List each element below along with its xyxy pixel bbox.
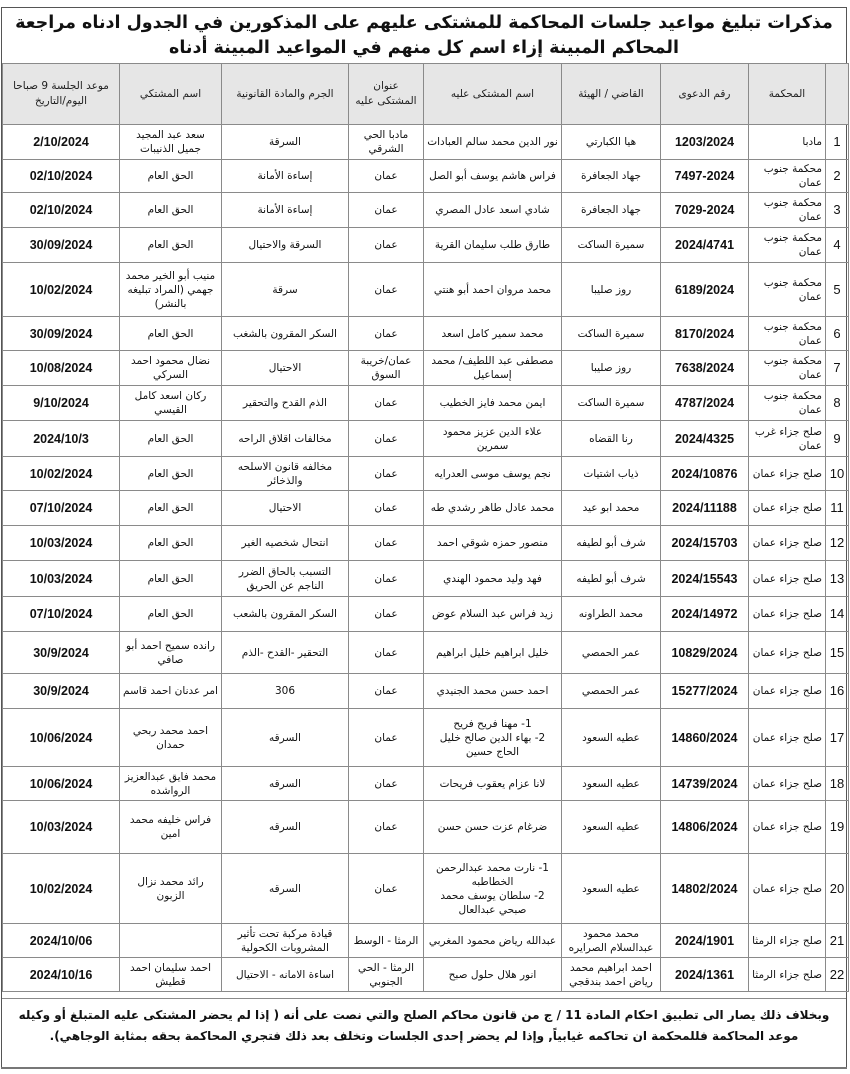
cell-case-number: 15277/2024: [661, 674, 749, 709]
cell-defendant-name: نجم يوسف موسى العدرايه: [424, 457, 562, 491]
cell-court: صلح جزاء غرب عمان: [749, 421, 826, 457]
cell-session-date: 30/09/2024: [3, 228, 120, 263]
row-index: 14: [826, 597, 849, 632]
cell-complainant-name: الحق العام: [120, 457, 222, 491]
cell-judge: عطيه السعود: [562, 854, 661, 924]
cell-case-number: 2024/1361: [661, 958, 749, 992]
cell-court: مادبا: [749, 125, 826, 160]
cell-court: محكمة جنوب عمان: [749, 351, 826, 386]
row-index: 9: [826, 421, 849, 457]
cell-judge: عطيه السعود: [562, 767, 661, 801]
cell-complainant-name: فراس خليفه محمد امين: [120, 801, 222, 854]
cell-case-number: 1203/2024: [661, 125, 749, 160]
cell-defendant-address: عمان: [349, 674, 424, 709]
cell-defendant-address: عمان: [349, 597, 424, 632]
cell-crime-article: إساءة الأمانة: [222, 193, 349, 228]
row-index: 12: [826, 526, 849, 561]
cell-session-date: 10/06/2024: [3, 767, 120, 801]
cell-defendant-name: منصور حمزه شوقي احمد: [424, 526, 562, 561]
header-defendant-address: عنوان المشتكى عليه: [349, 64, 424, 125]
cell-session-date: 2024/10/16: [3, 958, 120, 992]
cell-defendant-address: عمان: [349, 228, 424, 263]
cell-defendant-address: عمان/خريبة السوق: [349, 351, 424, 386]
cell-defendant-address: عمان: [349, 421, 424, 457]
cell-defendant-address: عمان: [349, 854, 424, 924]
cell-defendant-name: علاء الدين عزيز محمود سمرين: [424, 421, 562, 457]
cell-case-number: 14739/2024: [661, 767, 749, 801]
cell-court: صلح جزاء عمان: [749, 767, 826, 801]
table-row: 12صلح جزاء عمان2024/15703شرف أبو لطيفهمن…: [3, 526, 849, 561]
cell-defendant-address: عمان: [349, 526, 424, 561]
row-index: 21: [826, 924, 849, 958]
cell-defendant-address: الرمثا - الوسط: [349, 924, 424, 958]
cell-session-date: 07/10/2024: [3, 597, 120, 632]
cell-session-date: 10/02/2024: [3, 263, 120, 317]
page-title: مذكرات تبليغ مواعيد جلسات المحاكمة للمشت…: [2, 8, 846, 63]
cell-case-number: 2024/15543: [661, 561, 749, 597]
cell-complainant-name: نضال محمود احمد السركي: [120, 351, 222, 386]
cell-defendant-name: انور هلال حلول صبح: [424, 958, 562, 992]
cell-defendant-address: مادبا الحي الشرقي: [349, 125, 424, 160]
cell-session-date: 07/10/2024: [3, 491, 120, 526]
table-row: 19صلح جزاء عمان14806/2024عطيه السعودضرغا…: [3, 801, 849, 854]
cell-court: صلح جزاء عمان: [749, 854, 826, 924]
cell-judge: عمر الحمصي: [562, 632, 661, 674]
cell-court: صلح جزاء عمان: [749, 674, 826, 709]
cell-defendant-name: شادي اسعد عادل المصري: [424, 193, 562, 228]
cell-complainant-name: الحق العام: [120, 160, 222, 193]
cell-complainant-name: الحق العام: [120, 317, 222, 351]
cell-judge: احمد ابراهيم محمد رياض احمد بندقجي: [562, 958, 661, 992]
cell-defendant-name: فراس هاشم يوسف أبو الصل: [424, 160, 562, 193]
cell-case-number: 2024/10876: [661, 457, 749, 491]
cell-case-number: 4787/2024: [661, 386, 749, 421]
row-index: 1: [826, 125, 849, 160]
row-index: 18: [826, 767, 849, 801]
table-row: 10صلح جزاء عمان2024/10876ذياب اشتياتنجم …: [3, 457, 849, 491]
cell-complainant-name: الحق العام: [120, 597, 222, 632]
cell-session-date: 9/10/2024: [3, 386, 120, 421]
table-row: 5محكمة جنوب عمان6189/2024روز صليبامحمد م…: [3, 263, 849, 317]
row-index: 10: [826, 457, 849, 491]
cell-defendant-name: 1- مهنا فريح فريح 2- بهاء الدين صالح خلي…: [424, 709, 562, 767]
row-index: 4: [826, 228, 849, 263]
cell-defendant-name: محمد عادل طاهر رشدي طه: [424, 491, 562, 526]
cell-case-number: 2024/11188: [661, 491, 749, 526]
row-index: 6: [826, 317, 849, 351]
header-index: [826, 64, 849, 125]
cell-complainant-name: الحق العام: [120, 561, 222, 597]
table-row: 21صلح جزاء الرمثا2024/1901محمد محمود عبد…: [3, 924, 849, 958]
cell-complainant-name: الحق العام: [120, 193, 222, 228]
cell-crime-article: السرقه: [222, 709, 349, 767]
cell-defendant-name: محمد سمير كامل اسعد: [424, 317, 562, 351]
cell-complainant-name: محمد فايق عبدالعزيز الرواشده: [120, 767, 222, 801]
cell-defendant-name: ضرغام عزت حسن حسن: [424, 801, 562, 854]
cell-case-number: 7638/2024: [661, 351, 749, 386]
row-index: 16: [826, 674, 849, 709]
cell-session-date: 10/02/2024: [3, 854, 120, 924]
cell-case-number: 7497-2024: [661, 160, 749, 193]
cell-crime-article: الاحتيال: [222, 491, 349, 526]
cell-complainant-name: الحق العام: [120, 526, 222, 561]
table-row: 4محكمة جنوب عمان2024/4741سميرة الساكتطار…: [3, 228, 849, 263]
cell-defendant-name: طارق طلب سليمان القرية: [424, 228, 562, 263]
cell-case-number: 2024/1901: [661, 924, 749, 958]
table-row: 15صلح جزاء عمان10829/2024عمر الحمصيخليل …: [3, 632, 849, 674]
cell-case-number: 14806/2024: [661, 801, 749, 854]
cell-court: محكمة جنوب عمان: [749, 193, 826, 228]
cell-case-number: 2024/14972: [661, 597, 749, 632]
cell-complainant-name: منيب أبو الخير محمد جهمي (المراد تبليغه …: [120, 263, 222, 317]
cell-session-date: 10/03/2024: [3, 801, 120, 854]
cell-session-date: 2024/10/3: [3, 421, 120, 457]
cell-court: محكمة جنوب عمان: [749, 317, 826, 351]
cell-complainant-name: رائد محمد نزال الزبون: [120, 854, 222, 924]
legal-notice: وبخلاف ذلك يصار الى تطبيق احكام المادة 1…: [2, 998, 846, 1058]
cell-court: صلح جزاء عمان: [749, 632, 826, 674]
cell-complainant-name: الحق العام: [120, 421, 222, 457]
cell-crime-article: السرقه: [222, 854, 349, 924]
cell-judge: رنا القضاه: [562, 421, 661, 457]
table-row: 2محكمة جنوب عمان7497-2024جهاد الجعافرةفر…: [3, 160, 849, 193]
cell-session-date: 10/02/2024: [3, 457, 120, 491]
cell-defendant-address: عمان: [349, 386, 424, 421]
cell-defendant-address: عمان: [349, 767, 424, 801]
cell-session-date: 30/09/2024: [3, 317, 120, 351]
cell-session-date: 02/10/2024: [3, 160, 120, 193]
cell-complainant-name: احمد سليمان احمد قطيش: [120, 958, 222, 992]
cell-judge: محمد ابو عيد: [562, 491, 661, 526]
cell-court: صلح جزاء عمان: [749, 561, 826, 597]
table-row: 8محكمة جنوب عمان4787/2024سميرة الساكتايم…: [3, 386, 849, 421]
cell-court: محكمة جنوب عمان: [749, 228, 826, 263]
cell-defendant-address: عمان: [349, 457, 424, 491]
cell-crime-article: انتحال شخصيه الغير: [222, 526, 349, 561]
table-row: 11صلح جزاء عمان2024/11188محمد ابو عيدمحم…: [3, 491, 849, 526]
cell-complainant-name: الحق العام: [120, 491, 222, 526]
row-index: 22: [826, 958, 849, 992]
cell-judge: عمر الحمصي: [562, 674, 661, 709]
row-index: 20: [826, 854, 849, 924]
table-row: 1مادبا1203/2024هيا الكبارتينور الدين محم…: [3, 125, 849, 160]
cell-crime-article: السرقه: [222, 801, 349, 854]
table-row: 16صلح جزاء عمان15277/2024عمر الحمصياحمد …: [3, 674, 849, 709]
cell-session-date: 2/10/2024: [3, 125, 120, 160]
cell-session-date: 10/03/2024: [3, 561, 120, 597]
cell-judge: محمد الطراونه: [562, 597, 661, 632]
table-row: 6محكمة جنوب عمان8170/2024سميرة الساكتمحم…: [3, 317, 849, 351]
cell-court: صلح جزاء عمان: [749, 709, 826, 767]
cell-session-date: 10/08/2024: [3, 351, 120, 386]
cell-crime-article: الذم القدح والتحقير: [222, 386, 349, 421]
cell-crime-article: السرقة والاحتيال: [222, 228, 349, 263]
table-row: 20صلح جزاء عمان14802/2024عطيه السعود1- ن…: [3, 854, 849, 924]
cell-crime-article: 306: [222, 674, 349, 709]
cell-defendant-address: عمان: [349, 160, 424, 193]
cell-case-number: 14802/2024: [661, 854, 749, 924]
cell-crime-article: مخالفات اقلاق الراحه: [222, 421, 349, 457]
cell-defendant-name: ايمن محمد فايز الخطيب: [424, 386, 562, 421]
cell-court: صلح جزاء عمان: [749, 526, 826, 561]
row-index: 8: [826, 386, 849, 421]
cell-defendant-name: مصطفى عبد اللطيف/ محمد إسماعيل: [424, 351, 562, 386]
cell-defendant-address: عمان: [349, 632, 424, 674]
cell-case-number: 7029-2024: [661, 193, 749, 228]
cell-judge: جهاد الجعافرة: [562, 193, 661, 228]
header-complainant-name: اسم المشتكي: [120, 64, 222, 125]
header-court: المحكمة: [749, 64, 826, 125]
row-index: 13: [826, 561, 849, 597]
cell-crime-article: السرقه: [222, 767, 349, 801]
cell-judge: سميرة الساكت: [562, 386, 661, 421]
table-row: 14صلح جزاء عمان2024/14972محمد الطراونهزي…: [3, 597, 849, 632]
table-row: 18صلح جزاء عمان14739/2024عطيه السعودلانا…: [3, 767, 849, 801]
cell-complainant-name: الحق العام: [120, 228, 222, 263]
row-index: 11: [826, 491, 849, 526]
header-case-number: رقم الدعوى: [661, 64, 749, 125]
cell-defendant-address: عمان: [349, 801, 424, 854]
cell-crime-article: التحقير -القدح -الذم: [222, 632, 349, 674]
header-judge: القاضي / الهيئة: [562, 64, 661, 125]
cell-court: صلح جزاء عمان: [749, 801, 826, 854]
row-index: 3: [826, 193, 849, 228]
cell-session-date: 10/03/2024: [3, 526, 120, 561]
cell-case-number: 10829/2024: [661, 632, 749, 674]
row-index: 7: [826, 351, 849, 386]
cell-court: صلح جزاء الرمثا: [749, 924, 826, 958]
cell-crime-article: سرقة: [222, 263, 349, 317]
cell-case-number: 2024/15703: [661, 526, 749, 561]
cell-court: محكمة جنوب عمان: [749, 160, 826, 193]
cell-defendant-address: عمان: [349, 193, 424, 228]
cell-session-date: 02/10/2024: [3, 193, 120, 228]
document-frame: مذكرات تبليغ مواعيد جلسات المحاكمة للمشت…: [1, 7, 847, 1069]
cell-judge: محمد محمود عبدالسلام الصرايره: [562, 924, 661, 958]
table-row: 9صلح جزاء غرب عمان2024/4325رنا القضاهعلا…: [3, 421, 849, 457]
cell-complainant-name: احمد محمد ربحي حمدان: [120, 709, 222, 767]
cell-judge: جهاد الجعافرة: [562, 160, 661, 193]
header-session-date: موعد الجلسة 9 صباحا اليوم/التاريخ: [3, 64, 120, 125]
cell-case-number: 14860/2024: [661, 709, 749, 767]
cell-defendant-address: عمان: [349, 491, 424, 526]
cell-judge: هيا الكبارتي: [562, 125, 661, 160]
cell-court: صلح جزاء عمان: [749, 457, 826, 491]
cell-case-number: 6189/2024: [661, 263, 749, 317]
cell-judge: شرف أبو لطيفه: [562, 561, 661, 597]
cell-judge: سميرة الساكت: [562, 228, 661, 263]
cell-court: محكمة جنوب عمان: [749, 386, 826, 421]
cell-defendant-address: عمان: [349, 317, 424, 351]
cell-complainant-name: [120, 924, 222, 958]
cell-crime-article: قيادة مركبة تحت تأثير المشروبات الكحولية: [222, 924, 349, 958]
row-index: 5: [826, 263, 849, 317]
table-row: 17صلح جزاء عمان14860/2024عطيه السعود1- م…: [3, 709, 849, 767]
cell-defendant-name: فهد وليد محمود الهندي: [424, 561, 562, 597]
cell-complainant-name: سعد عبد المجيد جميل الذنيبات: [120, 125, 222, 160]
row-index: 15: [826, 632, 849, 674]
cell-session-date: 30/9/2024: [3, 632, 120, 674]
cell-case-number: 8170/2024: [661, 317, 749, 351]
cell-session-date: 30/9/2024: [3, 674, 120, 709]
cell-defendant-address: الرمثا - الحي الجنوبي: [349, 958, 424, 992]
row-index: 17: [826, 709, 849, 767]
cell-complainant-name: امر عدنان احمد قاسم: [120, 674, 222, 709]
cell-defendant-name: احمد حسن محمد الجنيدي: [424, 674, 562, 709]
cell-session-date: 10/06/2024: [3, 709, 120, 767]
header-defendant-name: اسم المشتكى عليه: [424, 64, 562, 125]
table-row: 7محكمة جنوب عمان7638/2024روز صليبامصطفى …: [3, 351, 849, 386]
cell-crime-article: التسبب بالحاق الضرر الناجم عن الحريق: [222, 561, 349, 597]
cell-defendant-name: 1- نارت محمد عبدالرحمن الخطاطبه 2- سلطان…: [424, 854, 562, 924]
cell-judge: شرف أبو لطيفه: [562, 526, 661, 561]
row-index: 19: [826, 801, 849, 854]
cell-crime-article: الاحتيال: [222, 351, 349, 386]
cell-crime-article: اساءة الامانه - الاحتيال: [222, 958, 349, 992]
cell-session-date: 2024/10/06: [3, 924, 120, 958]
bottom-divider: [1, 1067, 847, 1069]
cell-case-number: 2024/4741: [661, 228, 749, 263]
table-row: 22صلح جزاء الرمثا2024/1361احمد ابراهيم م…: [3, 958, 849, 992]
cell-court: صلح جزاء عمان: [749, 597, 826, 632]
cell-judge: سميرة الساكت: [562, 317, 661, 351]
cell-defendant-address: عمان: [349, 263, 424, 317]
cell-defendant-name: خليل ابراهيم خليل ابراهيم: [424, 632, 562, 674]
cell-court: محكمة جنوب عمان: [749, 263, 826, 317]
cell-judge: روز صليبا: [562, 263, 661, 317]
cell-crime-article: مخالفه قانون الاسلحه والذخائر: [222, 457, 349, 491]
cell-case-number: 2024/4325: [661, 421, 749, 457]
table-header-row: المحكمة رقم الدعوى القاضي / الهيئة اسم ا…: [3, 64, 849, 125]
cell-defendant-name: لانا عزام يعقوب فريحات: [424, 767, 562, 801]
cell-complainant-name: رانده سميح احمد أبو صافي: [120, 632, 222, 674]
cell-defendant-name: نور الدين محمد سالم العبادات: [424, 125, 562, 160]
cell-judge: ذياب اشتيات: [562, 457, 661, 491]
row-index: 2: [826, 160, 849, 193]
cell-crime-article: السرقة: [222, 125, 349, 160]
cell-judge: روز صليبا: [562, 351, 661, 386]
cell-crime-article: السكر المقرون بالشعب: [222, 597, 349, 632]
cell-defendant-address: عمان: [349, 561, 424, 597]
header-crime-article: الجرم والمادة القانونية: [222, 64, 349, 125]
cell-complainant-name: ركان اسعد كامل القيسي: [120, 386, 222, 421]
cell-defendant-name: عبدالله رياض محمود المغربي: [424, 924, 562, 958]
cell-crime-article: إساءة الأمانة: [222, 160, 349, 193]
cell-defendant-name: محمد مروان احمد أبو هنتي: [424, 263, 562, 317]
cell-judge: عطيه السعود: [562, 709, 661, 767]
hearings-table: المحكمة رقم الدعوى القاضي / الهيئة اسم ا…: [2, 63, 849, 992]
cell-judge: عطيه السعود: [562, 801, 661, 854]
table-row: 13صلح جزاء عمان2024/15543شرف أبو لطيفهفه…: [3, 561, 849, 597]
cell-court: صلح جزاء الرمثا: [749, 958, 826, 992]
cell-court: صلح جزاء عمان: [749, 491, 826, 526]
cell-defendant-address: عمان: [349, 709, 424, 767]
cell-defendant-name: زيد فراس عبد السلام عوض: [424, 597, 562, 632]
cell-crime-article: السكر المقرون بالشغب: [222, 317, 349, 351]
table-row: 3محكمة جنوب عمان7029-2024جهاد الجعافرةشا…: [3, 193, 849, 228]
